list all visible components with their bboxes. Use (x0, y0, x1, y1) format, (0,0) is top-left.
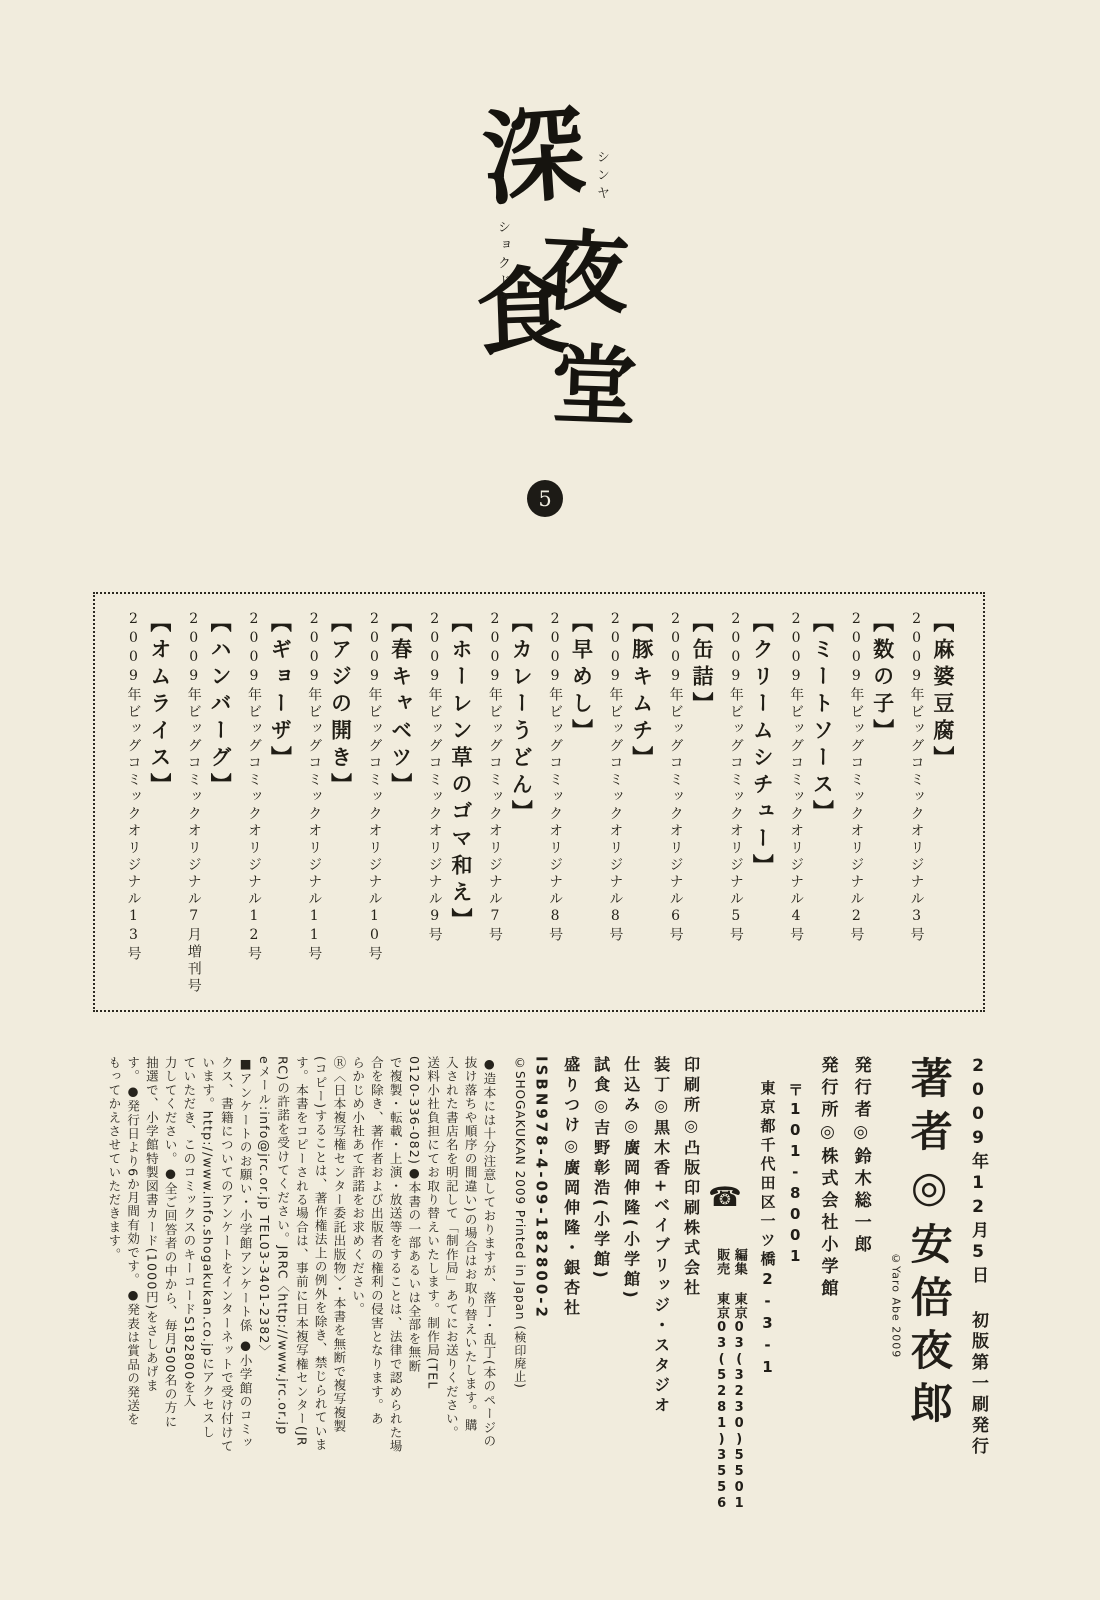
chapter-title: 【クリームシチュー】 (748, 611, 776, 995)
logo-char-dou: 堂 (550, 343, 639, 432)
chapter-source-issue: 2009年ビッグコミックオリジナル5号 (723, 611, 748, 995)
chapter-entry: 【早めし】 2009年ビッグコミックオリジナル8号 (543, 611, 596, 995)
chapter-entry: 【カレーうどん】 2009年ビッグコミックオリジナル7号 (482, 611, 535, 995)
chapter-entry: 【ホーレン草のゴマ和え】 2009年ビッグコミックオリジナル9号 (422, 611, 475, 995)
author-name: 著者◎安倍夜郎 (904, 1056, 952, 1566)
fine-print-line: らかじめ小社あて許諾をお求めください。 (351, 1056, 365, 1566)
chapter-title: 【ホーレン草のゴマ和え】 (447, 611, 475, 995)
chapter-title: 【缶詰】 (688, 611, 716, 995)
fine-print-line: 合を除き、著作者および出版者の権利の侵害となります。あ (370, 1056, 384, 1566)
chapter-source-issue: 2009年ビッグコミックオリジナル13号 (121, 611, 146, 995)
chapter-entry: 【数の子】 2009年ビッグコミックオリジナル2号 (844, 611, 897, 995)
fine-print-line: もってかえさせていただきます。 (107, 1056, 121, 1566)
chapter-source-issue: 2009年ビッグコミックオリジナル12号 (241, 611, 266, 995)
furigana-shinya: シンヤ (592, 150, 611, 204)
chapter-title: 【カレーうどん】 (507, 611, 535, 995)
chapter-title: 【ミートソース】 (808, 611, 836, 995)
publisher-company: 発行所◎株式会社小学館 (816, 1056, 837, 1566)
fine-print-line: 抽選で、小学館特製図書カード(1000円)をさしあげま (145, 1056, 159, 1566)
fine-print-line: eメール:info@jrc.or.jp TEL03-3401-2382〉 (257, 1056, 271, 1566)
printer: 印刷所◎凸版印刷株式会社 (681, 1056, 701, 1566)
copyright-line: ©SHOGAKUKAN 2009 Printed in Japan (検印廃止) (512, 1056, 527, 1566)
fine-print-line: います。http://www.info.shogakukan.co.jpにアクセ… (201, 1056, 215, 1566)
chapter-entry: 【ギョーザ】 2009年ビッグコミックオリジナル12号 (241, 611, 294, 995)
credit-tasting: 試食◎吉野彰浩(小学館) (591, 1056, 611, 1566)
chapter-entry: 【缶詰】 2009年ビッグコミックオリジナル6号 (663, 611, 716, 995)
fine-print-line: 力してください。●全ご回答者の中から、毎月500名の方に (163, 1056, 177, 1566)
chapter-source-issue: 2009年ビッグコミックオリジナル2号 (844, 611, 869, 995)
telephone-icon: ☎ (708, 1184, 742, 1211)
cover-design: 装丁◎黒木香+ベイブリッジ・スタジオ (651, 1056, 671, 1566)
chapter-source-issue: 2009年ビッグコミックオリジナル11号 (302, 611, 327, 995)
logo-char-shin: 深 (480, 103, 589, 212)
chapter-source-issue: 2009年ビッグコミックオリジナル10号 (362, 611, 387, 995)
colophon-page: { "logo": { "chars": ["深", "夜", "食", "堂"… (0, 0, 1100, 1600)
chapter-title: 【アジの開き】 (326, 611, 354, 995)
fine-print-line: ●造本には十分注意しておりますが、落丁・乱丁(本のページの (482, 1056, 496, 1566)
fine-print-line: (コピー)することは、著作権法上の例外を除き、禁じられていま (313, 1056, 327, 1566)
chapter-title: 【春キャベツ】 (386, 611, 414, 995)
isbn-number: ISBN978-4-09-182800-2 (532, 1056, 551, 1566)
chapter-entry: 【春キャベツ】 2009年ビッグコミックオリジナル10号 (362, 611, 415, 995)
colophon-block: 2009年12月5日 初版第一刷発行 著者◎安倍夜郎 ©Yaro Abe 200… (95, 1056, 988, 1566)
volume-number-badge: 5 (527, 480, 563, 517)
chapter-title: 【ハンバーグ】 (206, 611, 234, 995)
fine-print-line: 送料小社負担にてお取り替えいたします。制作局(TEL (426, 1056, 440, 1566)
print-date: 2009年12月5日 初版第一刷発行 (967, 1056, 988, 1566)
publisher-person: 発行者◎鈴木総一郎 (849, 1056, 870, 1566)
chapter-entry: 【アジの開き】 2009年ビッグコミックオリジナル11号 (302, 611, 355, 995)
fine-print-line: 抜け落ちや順序の間違い)の場合はお取り替えいたします。購 (463, 1056, 477, 1566)
phone-sales: 販売 東京03(5281)3556 (713, 1056, 731, 1566)
chapter-source-issue: 2009年ビッグコミックオリジナル8号 (543, 611, 568, 995)
chapter-title: 【早めし】 (567, 611, 595, 995)
fine-print-line: Ⓡ〈日本複写権センター委託出版物〉・本書を無断で複写複製 (332, 1056, 346, 1566)
fine-print-line: で複製・転載・上演・放送等をすることは、法律で認められた場 (388, 1056, 402, 1566)
chapter-entry: 【オムライス】 2009年ビッグコミックオリジナル13号 (121, 611, 174, 995)
publisher-address: 東京都千代田区一ツ橋2-3-1 (758, 1056, 777, 1566)
fine-print-line: ていただき、このコミックスのキーコードS182800を入 (182, 1056, 196, 1566)
postal-code: 〒101-8001 (785, 1056, 804, 1566)
chapter-source-issue: 2009年ビッグコミックオリジナル9号 (422, 611, 447, 995)
credit-preparation: 仕込み◎廣岡伸隆(小学館) (621, 1056, 641, 1566)
legal-fine-print: ●造本には十分注意しておりますが、落丁・乱丁(本のページの 抜け落ちや順序の間違… (107, 1056, 496, 1566)
phone-block: ☎ 編集 東京03(3230)5501 販売 東京03(5281)3556 (713, 1056, 748, 1566)
chapter-title: 【豚キムチ】 (627, 611, 655, 995)
fine-print-line: 0120-336-082)●本書の一部あるいは全部を無断 (407, 1056, 421, 1566)
phone-editorial: 編集 東京03(3230)5501 (730, 1056, 748, 1566)
author-copyright: ©Yaro Abe 2009 (889, 1056, 903, 1566)
fine-print-line: す。●発行日より6か月間有効です。●発表は賞品の発送を (126, 1056, 140, 1566)
fine-print-line: 入された書店名を明記して「制作局」あてにお送りください。 (445, 1056, 459, 1566)
chapter-title: 【麻婆豆腐】 (929, 611, 957, 995)
chapter-source-issue: 2009年ビッグコミックオリジナル7月増刊号 (181, 611, 206, 995)
chapter-source-issue: 2009年ビッグコミックオリジナル3号 (904, 611, 929, 995)
fine-print-line: クス、書籍についてのアンケートをインターネットで受け付けて (220, 1056, 234, 1566)
chapter-title: 【数の子】 (868, 611, 896, 995)
chapter-list: 【麻婆豆腐】 2009年ビッグコミックオリジナル3号 【数の子】 2009年ビッ… (121, 611, 957, 995)
chapter-entry: 【クリームシチュー】 2009年ビッグコミックオリジナル5号 (723, 611, 776, 995)
chapter-entry: 【ハンバーグ】 2009年ビッグコミックオリジナル7月増刊号 (181, 611, 234, 995)
furigana-shokudou: ショクドウ (493, 220, 512, 310)
chapter-entry: 【麻婆豆腐】 2009年ビッグコミックオリジナル3号 (904, 611, 957, 995)
fine-print-line: ■アンケートのお願い・小学館アンケート係 ●小学館のコミッ (238, 1056, 252, 1566)
chapter-source-issue: 2009年ビッグコミックオリジナル4号 (784, 611, 809, 995)
chapter-source-issue: 2009年ビッグコミックオリジナル6号 (663, 611, 688, 995)
fine-print-line: RC)の許諾を受けてください。JRRC〈http://www.jrc.or.jp (276, 1056, 290, 1566)
chapter-list-box: 【麻婆豆腐】 2009年ビッグコミックオリジナル3号 【数の子】 2009年ビッ… (93, 592, 985, 1012)
fine-print-line: す。本書をコピーされる場合は、事前に日本複写権センター(JR (295, 1056, 309, 1566)
credit-plating: 盛りつけ◎廣岡伸隆・銀杏社 (561, 1056, 581, 1566)
chapter-source-issue: 2009年ビッグコミックオリジナル7号 (482, 611, 507, 995)
chapter-title: 【ギョーザ】 (266, 611, 294, 995)
chapter-source-issue: 2009年ビッグコミックオリジナル8号 (603, 611, 628, 995)
chapter-entry: 【豚キムチ】 2009年ビッグコミックオリジナル8号 (603, 611, 656, 995)
chapter-title: 【オムライス】 (146, 611, 174, 995)
chapter-entry: 【ミートソース】 2009年ビッグコミックオリジナル4号 (784, 611, 837, 995)
